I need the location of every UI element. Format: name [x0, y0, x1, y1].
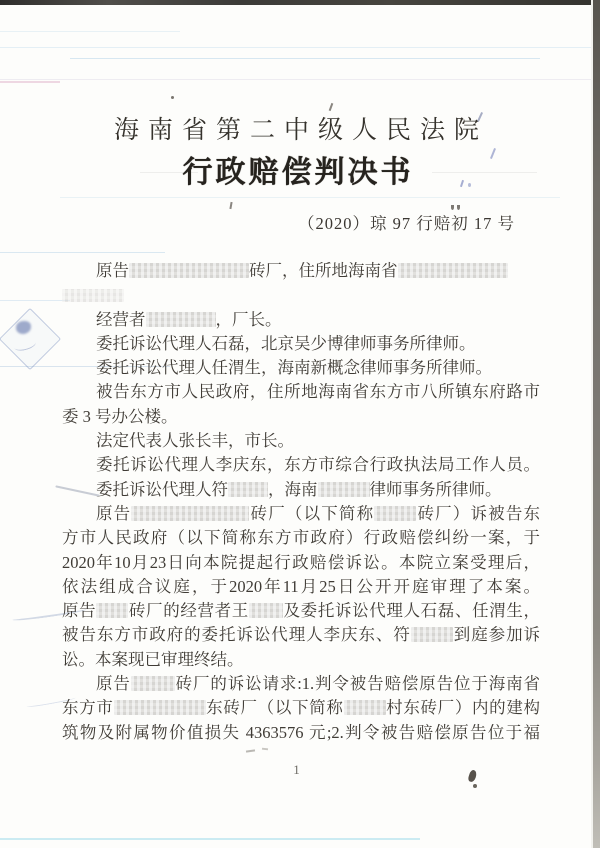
- redaction-block: [228, 482, 268, 497]
- text-segment: 砖厂（以下简称: [249, 504, 374, 523]
- document-title: 行政赔偿判决书: [0, 147, 593, 191]
- scan-artifact: [0, 31, 180, 32]
- court-name: 海南省第二中级人民法院: [0, 110, 593, 146]
- text-segment: 被告东方市人民政府，住所地海南省东方市八所镇东府路市: [96, 382, 540, 401]
- text-segment: 原告: [96, 504, 131, 523]
- text-segment: 砖厂，住所地海南省: [249, 261, 398, 280]
- text-line: 筑物及附属物价值损失 4363576 元;2.判令被告赔偿原告位于福: [62, 721, 540, 745]
- scan-artifact: [0, 47, 600, 48]
- text-segment: 砖厂的经营者王: [128, 601, 249, 620]
- scan-artifact: [0, 81, 60, 83]
- redaction-block: [318, 482, 370, 497]
- text-segment: 委托诉讼代理人李庆东，东方市综合行政执法局工作人员。: [96, 455, 540, 474]
- text-line: 原告砖厂（以下简称砖厂）诉被告东: [62, 502, 540, 526]
- text-segment: 方市人民政府（以下简称东方市政府）行政赔偿纠纷一案，于: [62, 528, 540, 547]
- scanned-page: 海南省第二中级人民法院 行政赔偿判决书 （2020）琼 97 行赔初 17 号 …: [0, 0, 600, 848]
- scanner-edge-right: [591, 0, 600, 848]
- text-line: 原告砖厂的经营者王及委托诉讼代理人石磊、任渭生，: [62, 599, 540, 623]
- text-line: 被告东方市人民政府，住所地海南省东方市八所镇东府路市: [62, 380, 540, 404]
- text-segment: 原告: [96, 261, 129, 280]
- text-line: 委 3 号办公楼。: [62, 405, 540, 429]
- text-line: 原告砖厂的诉讼请求:1.判令被告赔偿原告位于海南省: [62, 672, 540, 696]
- case-number: （2020）琼 97 行赔初 17 号: [298, 210, 515, 234]
- text-segment: 及委托诉讼代理人石磊、任渭生，: [283, 601, 540, 620]
- redaction-block: [131, 506, 249, 521]
- text-segment: 砖厂）诉被告东: [416, 504, 540, 523]
- text-segment: 经营者: [96, 310, 146, 329]
- scanner-edge-top: [0, 0, 600, 5]
- redaction-block: [146, 312, 216, 327]
- text-line: 原告砖厂，住所地海南省: [62, 259, 540, 283]
- text-line: [62, 283, 540, 307]
- text-segment: 原告: [62, 601, 96, 620]
- text-line: 经营者，厂长。: [62, 308, 540, 332]
- text-segment: 依法组成合议庭，于2020年11月25日公开开庭审理了本案。: [62, 577, 540, 596]
- text-segment: 筑物及附属物价值损失 4363576 元;2.判令被告赔偿原告位于福: [62, 723, 540, 742]
- scan-artifact: [70, 58, 540, 59]
- scan-artifact: [0, 300, 70, 301]
- text-line: 法定代表人张长丰，市长。: [62, 429, 540, 453]
- text-segment: 原告: [96, 674, 131, 693]
- redaction-block: [62, 289, 124, 302]
- text-segment: 委托诉讼代理人任渭生，海南新概念律师事务所律师。: [96, 358, 492, 377]
- redaction-block: [129, 263, 249, 278]
- text-line: 委托诉讼代理人石磊，北京吴少博律师事务所律师。: [62, 332, 540, 356]
- text-segment: ，海南: [268, 480, 318, 499]
- text-line: 方市人民政府（以下简称东方市政府）行政赔偿纠纷一案，于: [62, 526, 540, 550]
- redaction-block: [131, 676, 175, 691]
- text-line: 东方市东砖厂（以下简称村东砖厂）内的建构: [62, 696, 540, 720]
- text-segment: 讼。本案现已审理终结。: [62, 650, 244, 669]
- redaction-block: [411, 627, 453, 642]
- redaction-block: [96, 603, 128, 618]
- scan-artifact: [246, 749, 255, 752]
- scan-artifact: [0, 838, 420, 840]
- text-segment: 律师事务所律师。: [370, 480, 502, 499]
- scan-artifact: [171, 96, 174, 99]
- scan-artifact: [229, 202, 232, 209]
- document-body: 原告砖厂，住所地海南省经营者，厂长。委托诉讼代理人石磊，北京吴少博律师事务所律师…: [62, 259, 540, 745]
- text-segment: 东砖厂（以下简称: [206, 698, 344, 717]
- text-segment: 法定代表人张长丰，市长。: [96, 431, 294, 450]
- text-line: 被告东方市政府的委托诉讼代理人李庆东、符到庭参加诉: [62, 623, 540, 647]
- ink-smudge: [473, 784, 477, 788]
- redaction-block: [114, 700, 206, 715]
- text-line: 委托诉讼代理人任渭生，海南新概念律师事务所律师。: [62, 356, 540, 380]
- text-line: 2020年10月23日向本院提起行政赔偿诉讼。本院立案受理后，: [62, 551, 540, 575]
- text-line: 依法组成合议庭，于2020年11月25日公开开庭审理了本案。: [62, 575, 540, 599]
- text-segment: ，厂长。: [216, 310, 282, 329]
- text-segment: 到庭参加诉: [453, 625, 540, 644]
- scan-artifact: [0, 79, 600, 80]
- text-segment: 村东砖厂）内的建构: [386, 698, 541, 717]
- scan-artifact: [60, 197, 560, 198]
- redaction-block: [374, 506, 416, 521]
- redaction-block: [344, 700, 386, 715]
- redaction-block: [249, 603, 283, 618]
- text-segment: 砖厂的诉讼请求:1.判令被告赔偿原告位于海南省: [175, 674, 540, 693]
- text-line: 委托诉讼代理人符，海南律师事务所律师。: [62, 478, 540, 502]
- scan-artifact: [262, 748, 268, 751]
- text-segment: 委 3 号办公楼。: [62, 407, 178, 426]
- text-line: 委托诉讼代理人李庆东，东方市综合行政执法局工作人员。: [62, 453, 540, 477]
- text-line: 讼。本案现已审理终结。: [62, 648, 540, 672]
- text-segment: 委托诉讼代理人符: [96, 480, 228, 499]
- text-segment: 东方市: [62, 698, 114, 717]
- scan-artifact: [0, 252, 165, 253]
- redaction-block: [398, 263, 508, 278]
- text-segment: 2020年10月23日向本院提起行政赔偿诉讼。本院立案受理后，: [62, 553, 540, 572]
- page-number: 1: [0, 762, 593, 778]
- text-segment: 被告东方市政府的委托诉讼代理人李庆东、符: [62, 625, 411, 644]
- text-segment: 委托诉讼代理人石磊，北京吴少博律师事务所律师。: [96, 334, 476, 353]
